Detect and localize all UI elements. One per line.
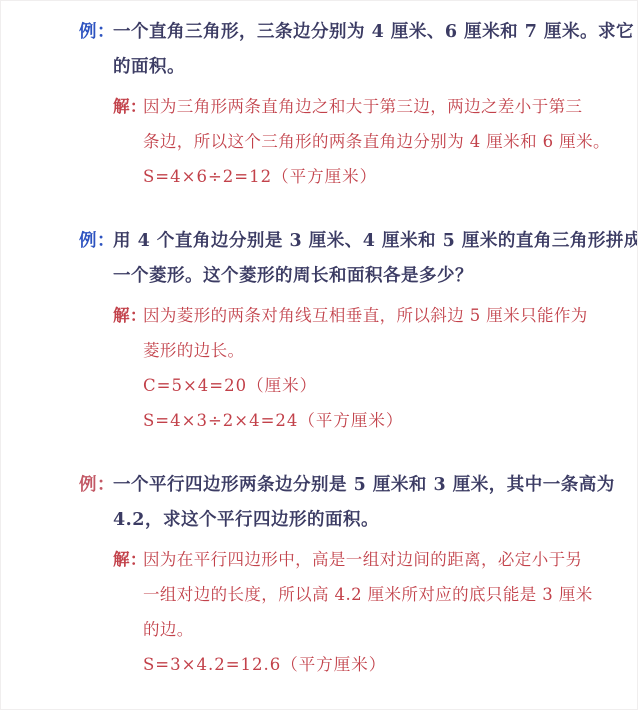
solution-formula: C=5×4=20（厘米） [143,368,637,403]
solution-line: 解： 因为菱形的两条对角线互相垂直，所以斜边 5 厘米只能作为 [143,298,637,333]
example-label: 例： [79,468,115,503]
solution-formula: S=3×4.2=12.6（平方厘米） [143,647,637,682]
question-line: 例： 一个平行四边形两条边分别是 5 厘米和 3 厘米，其中一条高为 [113,468,637,503]
example-block-2: 例： 用 4 个直角边分别是 3 厘米、4 厘米和 5 厘米的直角三角形拼成 一… [1,224,637,438]
solution-label: 解： [113,298,147,333]
question-text: 一个菱形。这个菱形的周长和面积各是多少？ [113,266,473,286]
example-1-solution: 解： 因为三角形两条直角边之和大于第三边，两边之差小于第三 条边，所以这个三角形… [1,89,637,194]
solution-line: 解： 因为三角形两条直角边之和大于第三边，两边之差小于第三 [143,89,637,124]
solution-line: 解： 因为在平行四边形中，高是一组对边间的距离，必定小于另 [143,542,637,577]
question-text: 一个平行四边形两条边分别是 5 厘米和 3 厘米，其中一条高为 [113,475,615,495]
solution-line: 条边，所以这个三角形的两条直角边分别为 4 厘米和 6 厘米。 [143,124,637,159]
example-3-question: 例： 一个平行四边形两条边分别是 5 厘米和 3 厘米，其中一条高为 4.2，求… [1,468,637,538]
question-text: 一个直角三角形，三条边分别为 4 厘米、6 厘米和 7 厘米。求它 [113,22,634,42]
solution-line: 菱形的边长。 [143,333,637,368]
formula-text: S=4×6÷2=12（平方厘米） [143,167,377,186]
question-line: 4.2，求这个平行四边形的面积。 [113,503,637,538]
example-1-question: 例： 一个直角三角形，三条边分别为 4 厘米、6 厘米和 7 厘米。求它 的面积… [1,15,637,85]
example-block-3: 例： 一个平行四边形两条边分别是 5 厘米和 3 厘米，其中一条高为 4.2，求… [1,468,637,682]
solution-line: 一组对边的长度，所以高 4.2 厘米所对应的底只能是 3 厘米 [143,577,637,612]
math-worksheet-page: 例： 一个直角三角形，三条边分别为 4 厘米、6 厘米和 7 厘米。求它 的面积… [0,0,638,710]
question-line: 例： 用 4 个直角边分别是 3 厘米、4 厘米和 5 厘米的直角三角形拼成 [113,224,637,259]
example-block-1: 例： 一个直角三角形，三条边分别为 4 厘米、6 厘米和 7 厘米。求它 的面积… [1,15,637,194]
solution-line: 的边。 [143,612,637,647]
solution-text: 一组对边的长度，所以高 4.2 厘米所对应的底只能是 3 厘米 [143,585,593,604]
solution-text: 因为在平行四边形中，高是一组对边间的距离，必定小于另 [143,550,582,569]
solution-label: 解： [113,542,147,577]
question-line: 的面积。 [113,50,637,85]
solution-formula: S=4×6÷2=12（平方厘米） [143,159,637,194]
question-line: 一个菱形。这个菱形的周长和面积各是多少？ [113,259,637,294]
question-text: 的面积。 [113,57,185,77]
solution-text: 菱形的边长。 [143,341,244,360]
solution-text: 因为三角形两条直角边之和大于第三边，两边之差小于第三 [143,97,582,116]
question-text: 4.2，求这个平行四边形的面积。 [113,510,379,530]
example-label: 例： [79,224,115,259]
solution-formula: S=4×3÷2×4=24（平方厘米） [143,403,637,438]
formula-text: C=5×4=20（厘米） [143,376,317,395]
solution-text: 的边。 [143,620,194,639]
example-label: 例： [79,15,115,50]
formula-text: S=3×4.2=12.6（平方厘米） [143,655,386,674]
example-2-solution: 解： 因为菱形的两条对角线互相垂直，所以斜边 5 厘米只能作为 菱形的边长。 C… [1,298,637,438]
question-line: 例： 一个直角三角形，三条边分别为 4 厘米、6 厘米和 7 厘米。求它 [113,15,637,50]
formula-text: S=4×3÷2×4=24（平方厘米） [143,411,403,430]
example-2-question: 例： 用 4 个直角边分别是 3 厘米、4 厘米和 5 厘米的直角三角形拼成 一… [1,224,637,294]
question-text: 用 4 个直角边分别是 3 厘米、4 厘米和 5 厘米的直角三角形拼成 [113,231,638,251]
solution-text: 条边，所以这个三角形的两条直角边分别为 4 厘米和 6 厘米。 [143,132,610,151]
example-3-solution: 解： 因为在平行四边形中，高是一组对边间的距离，必定小于另 一组对边的长度，所以… [1,542,637,682]
solution-text: 因为菱形的两条对角线互相垂直，所以斜边 5 厘米只能作为 [143,306,588,325]
solution-label: 解： [113,89,147,124]
